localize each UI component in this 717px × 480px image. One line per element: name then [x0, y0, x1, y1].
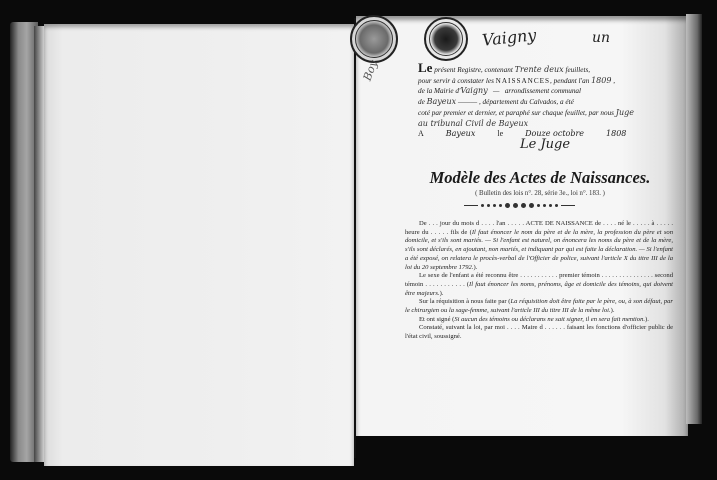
page-subtitle: ( Bulletin des lois n°. 28, série 3e., l… [410, 190, 670, 197]
handwritten-folio: un [592, 30, 610, 46]
left-page-blank [44, 24, 354, 466]
stamp-seal-icon [350, 15, 398, 63]
ornament-divider [446, 202, 592, 208]
page-edges-left [34, 26, 44, 462]
register-header: Le présent Registre, contenant Trente de… [418, 63, 674, 129]
stamp-seal-icon [424, 17, 468, 61]
dropcap: Le [418, 60, 432, 75]
gutter-line [354, 18, 356, 458]
page-edges-right [686, 14, 702, 424]
page-title: Modèle des Actes de Naissances. [410, 168, 670, 188]
handwritten-signature: Le Juge [520, 137, 570, 152]
model-text: De . . . jour du mois d . . . . l'an . .… [405, 220, 673, 342]
